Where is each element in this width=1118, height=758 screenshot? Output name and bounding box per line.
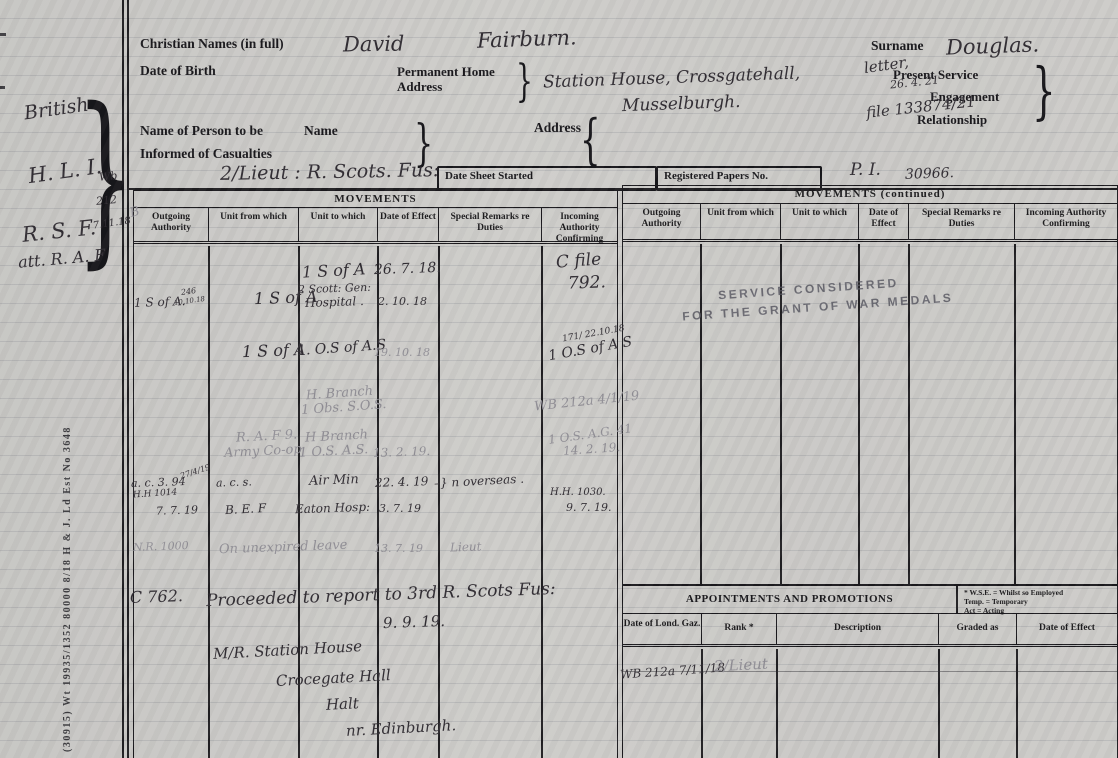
hw-christian-name-1: David [343,32,405,55]
mov-r5-date: 13. 2. 19. [373,445,431,460]
mov-r6-unit-from-1: a. c. s. [216,476,252,489]
mov-r9-line2: Crocegate Hall [276,668,391,690]
appt-row-rank: 2/Lieut [714,657,769,676]
mov-r6-outgoing-1: a. c. 3. 94 [131,476,186,489]
record-sheet: (30915) Wt 19935/1352 80000 8/18 H & J. … [0,0,1118,758]
mov-r2-date: 2. 10. 18 [378,296,427,308]
mov-r4-incoming: WB 212a 4/1/19 [534,390,640,415]
mov-r1-incoming-2: 792. [568,274,606,293]
mov-r5-unit-to-2: 1 O.S. A.S. [299,443,369,460]
mov-r6-outgoing-2: H.H 1014 [133,488,178,501]
mov-r6-unit-to-1: Air Min [309,473,359,488]
mov-r9-line3: Halt [326,696,360,713]
mov-r6-date-2: 3. 7. 19 [379,503,421,515]
margin-note-nationality: British [23,96,90,125]
margin-note-att-raf: att. R. A. F [17,247,106,271]
mov-r6-outgoing-frac: 27/4/19 [179,463,211,481]
appt-row-date: WB 212a 7/11/18 [620,661,726,681]
hw-address-line2: Musselburgh. [622,94,741,116]
mov-r1-incoming-1: C file [555,251,601,272]
mov-r6-unit-from-2: B. E. F [225,502,267,517]
hw-address-line1: Station House, Crossgatehall, [543,66,801,93]
hw-header-mark: B [128,205,141,221]
mov-r6-incoming-2: 9. 7. 19. [566,502,611,514]
hw-letter-date: 26. 4. 21 [890,74,940,91]
hw-christian-name-2: Fairburn. [477,26,577,52]
mov-r6-unit-to-2: Eaton Hosp: [295,501,370,516]
hw-file-note: file 133874/21 [865,94,976,121]
mov-r8-text: Proceeded to report to 3rd R. Scots Fus: [206,581,556,611]
hw-pi-number: 30966. [905,166,954,182]
mov-r7-remarks: Lieut [450,540,482,554]
mov-r7-outgoing: N.R. 1000 [133,540,189,553]
mov-r5-incoming-2: 14. 2. 19. [563,441,621,458]
mov-r9-line4: nr. Edinburgh. [346,718,457,739]
mov-r1-unit-to: 1 S of A [302,261,366,281]
hw-letter-note: letter, [863,55,910,77]
mov-r7-date: 13. 7. 19 [374,543,423,555]
mov-r3-date: 19. 10. 18 [374,347,430,359]
handwriting-layer: BritishH. L. I.R. S. F.att. R. A. FWb212… [0,0,1118,758]
mov-r7-unit-from: On unexpired leave [219,539,348,557]
mov-r6-date-1: 22. 4. 19 [375,475,429,489]
mov-r1-date: 26. 7. 18. [374,261,441,278]
mov-r2-outgoing-date: 10.10.18 [174,296,206,308]
margin-small-note-3: 7.11.18 [92,216,131,232]
margin-note-rsf: R. S. F. [21,216,97,246]
margin-small-note-1: Wb [99,170,118,183]
mov-r8-outgoing: C 762. [130,588,184,607]
mov-r6-incoming-1: H.H. 1030. [550,488,606,499]
mov-r2-unit-to-2: Hospital . [305,295,364,310]
hw-surname: Douglas. [946,33,1040,58]
mov-r6-remarks: –} n overseas . [434,473,525,490]
mov-r9-line1: M/R. Station House [213,639,363,663]
margin-small-note-2: 212 [96,194,118,207]
mov-r6-outgoing-3: 7. 7. 19 [156,504,198,517]
hw-rank-line: 2/Lieut : R. Scots. Fus: [220,161,440,185]
mov-r5-unit-from-2: Army Co-op [224,443,302,461]
margin-note-hli: H. L. I. [27,155,103,187]
mov-r8-date: 9. 9. 19. [383,614,446,632]
hw-pi: P. I. [850,162,881,180]
